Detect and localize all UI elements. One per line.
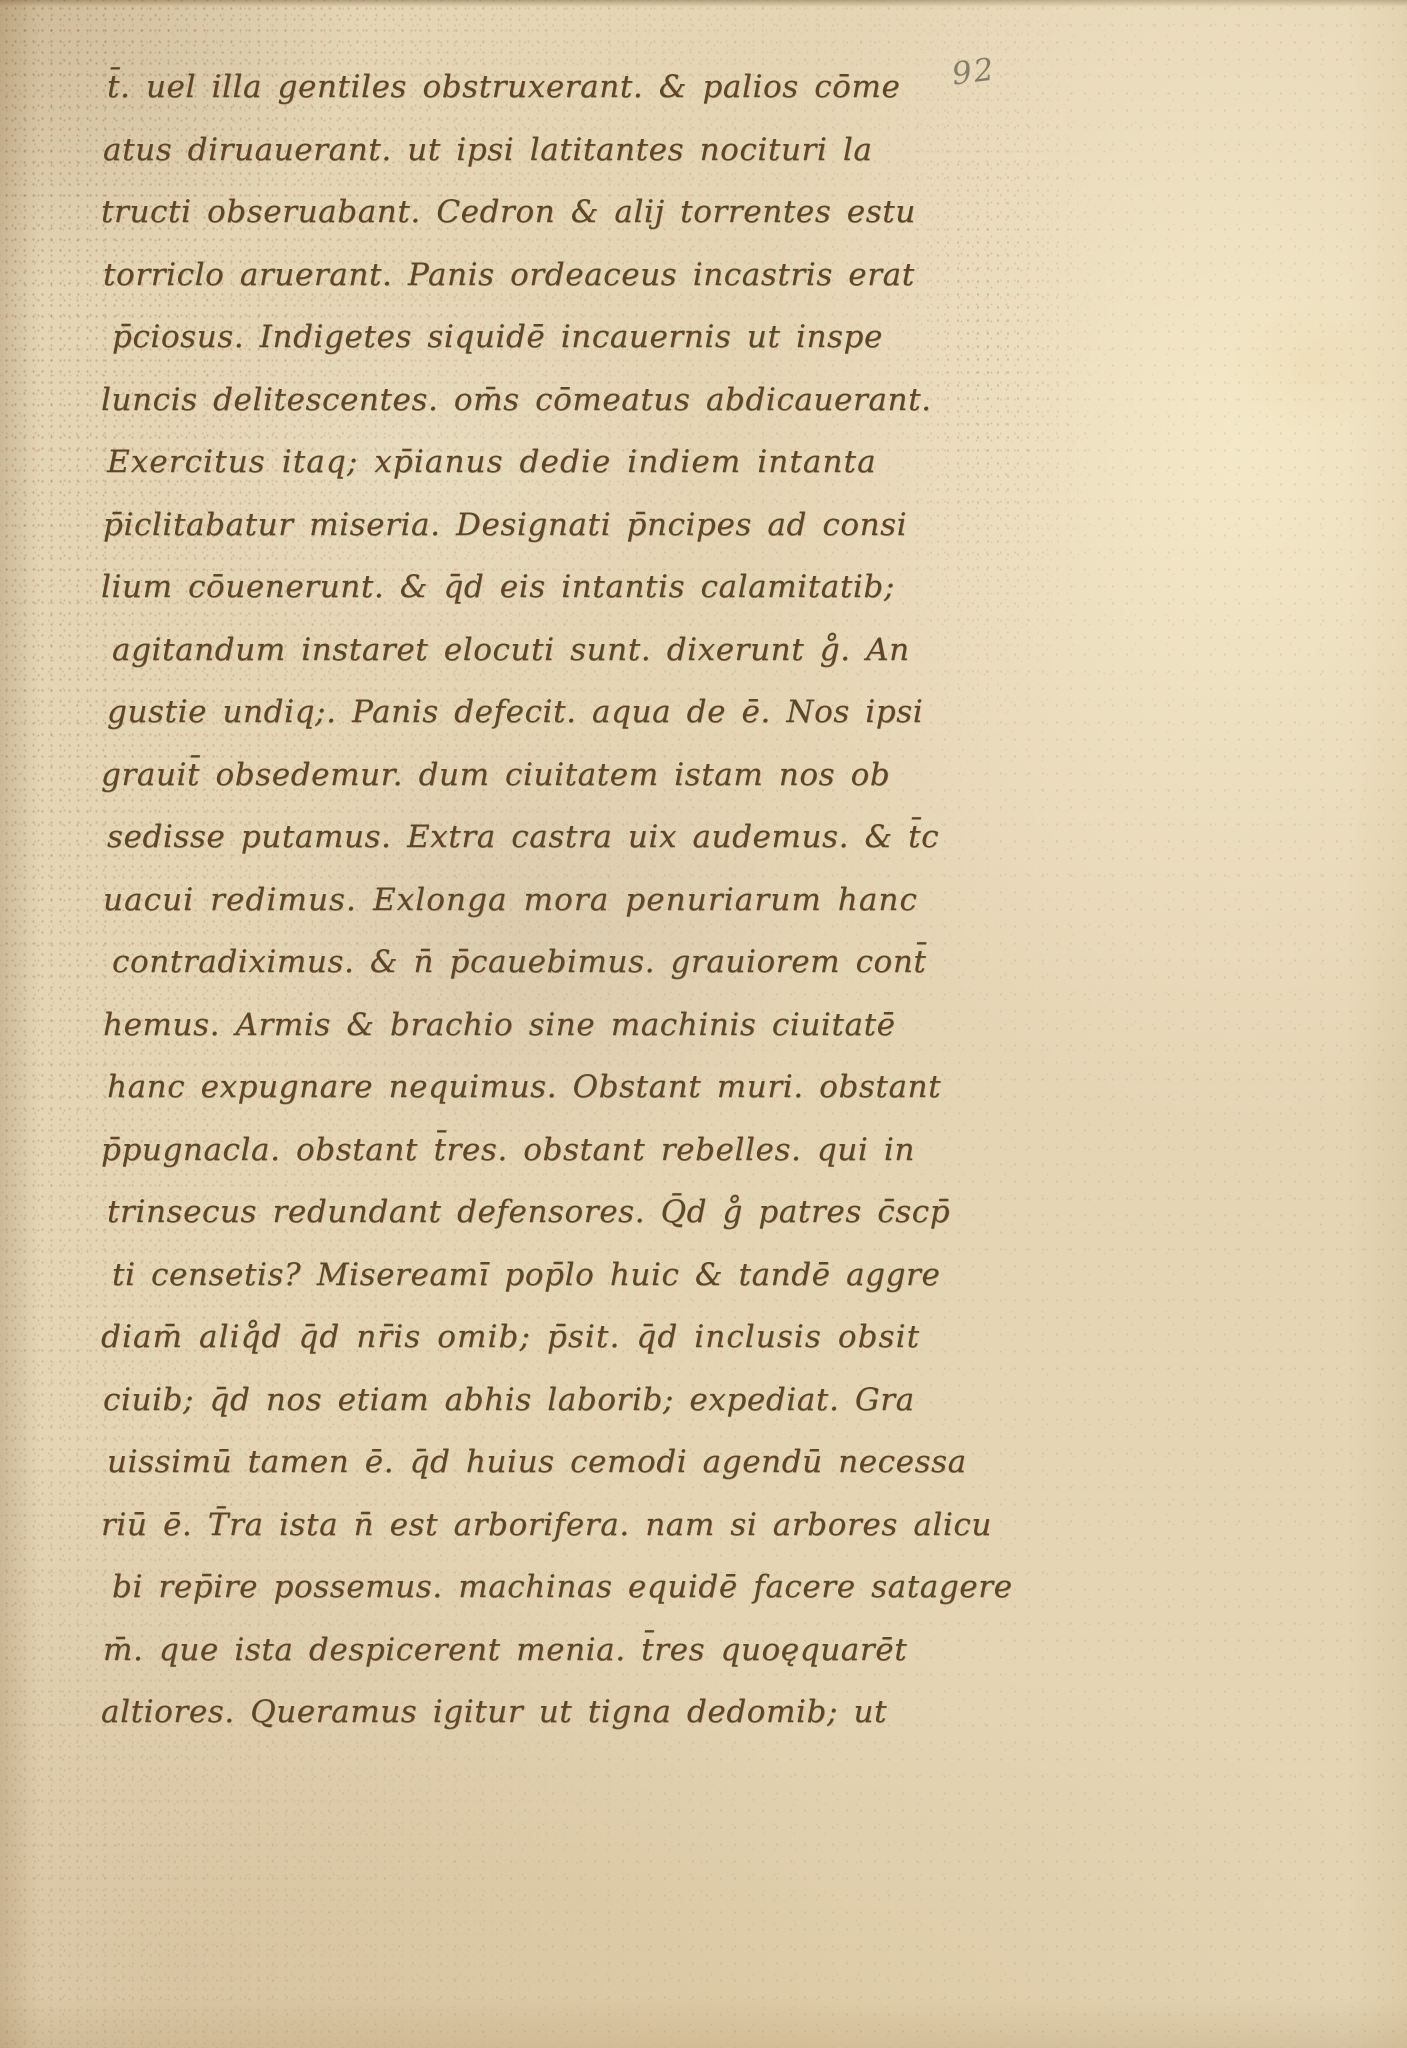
manuscript-line: p̄pugnacla. obstant t̄res. obstant rebel… <box>101 1119 933 1182</box>
manuscript-line: agitandum instaret elocuti sunt. dixerun… <box>112 619 933 682</box>
manuscript-line: luncis delitescentes. om̄s cōmeatus abdi… <box>101 369 933 432</box>
manuscript-line: p̄iclitabatur miseria. Designati p̄ncipe… <box>103 494 933 557</box>
manuscript-line: t̄. uel illa gentiles obstruxerant. & pa… <box>107 56 933 119</box>
manuscript-line: contradiximus. & n̄ p̄cauebimus. grauior… <box>112 931 933 994</box>
manuscript-line: atus diruauerant. ut ipsi latitantes noc… <box>103 119 933 182</box>
manuscript-line: hanc expugnare nequimus. Obstant muri. o… <box>107 1056 933 1119</box>
manuscript-line: gustie undiq;. Panis defecit. aqua de ē.… <box>107 681 933 744</box>
manuscript-line: p̄ciosus. Indigetes siquidē incauernis u… <box>112 306 933 369</box>
manuscript-line: uacui redimus. Exlonga mora penuriarum h… <box>103 869 933 932</box>
manuscript-line: sedisse putamus. Extra castra uix audemu… <box>107 806 933 869</box>
manuscript-line: hemus. Armis & brachio sine machinis ciu… <box>103 994 933 1057</box>
manuscript-line: altiores. Queramus igitur ut tigna dedom… <box>101 1681 933 1744</box>
manuscript-line: uissimū tamen ē. q̄d huius cemodi agendū… <box>107 1431 933 1494</box>
manuscript-line: riū ē. T̄ra ista n̄ est arborifera. nam … <box>101 1494 933 1557</box>
manuscript-line: diam̄ aliq̊d q̄d nr̄is omib; p̄sit. q̄d … <box>101 1306 933 1369</box>
manuscript-line: bi rep̄ire possemus. machinas equidē fac… <box>112 1556 933 1619</box>
folio-number: 92 <box>950 51 998 92</box>
manuscript-line: trinsecus redundant defensores. Q̄d g̊ p… <box>107 1181 933 1244</box>
manuscript-line: torriclo aruerant. Panis ordeaceus incas… <box>103 244 933 307</box>
manuscript-line: Exercitus itaq; xp̄ianus dedie indiem in… <box>107 431 933 494</box>
manuscript-line: tructi obseruabant. Cedron & alij torren… <box>101 181 933 244</box>
manuscript-page: 92 t̄. uel illa gentiles obstruxerant. &… <box>0 0 1407 2048</box>
manuscript-line: grauit̄ obsedemur. dum ciuitatem istam n… <box>101 744 933 807</box>
text-block: t̄. uel illa gentiles obstruxerant. & pa… <box>103 56 933 1744</box>
manuscript-line: lium cōuenerunt. & q̄d eis intantis cala… <box>101 556 933 619</box>
manuscript-line: m̄. que ista despicerent menia. t̄res qu… <box>103 1619 933 1682</box>
manuscript-line: ti censetis? Misereamī pop̄lo huic & tan… <box>112 1244 933 1307</box>
manuscript-line: ciuib; q̄d nos etiam abhis laborib; expe… <box>103 1369 933 1432</box>
